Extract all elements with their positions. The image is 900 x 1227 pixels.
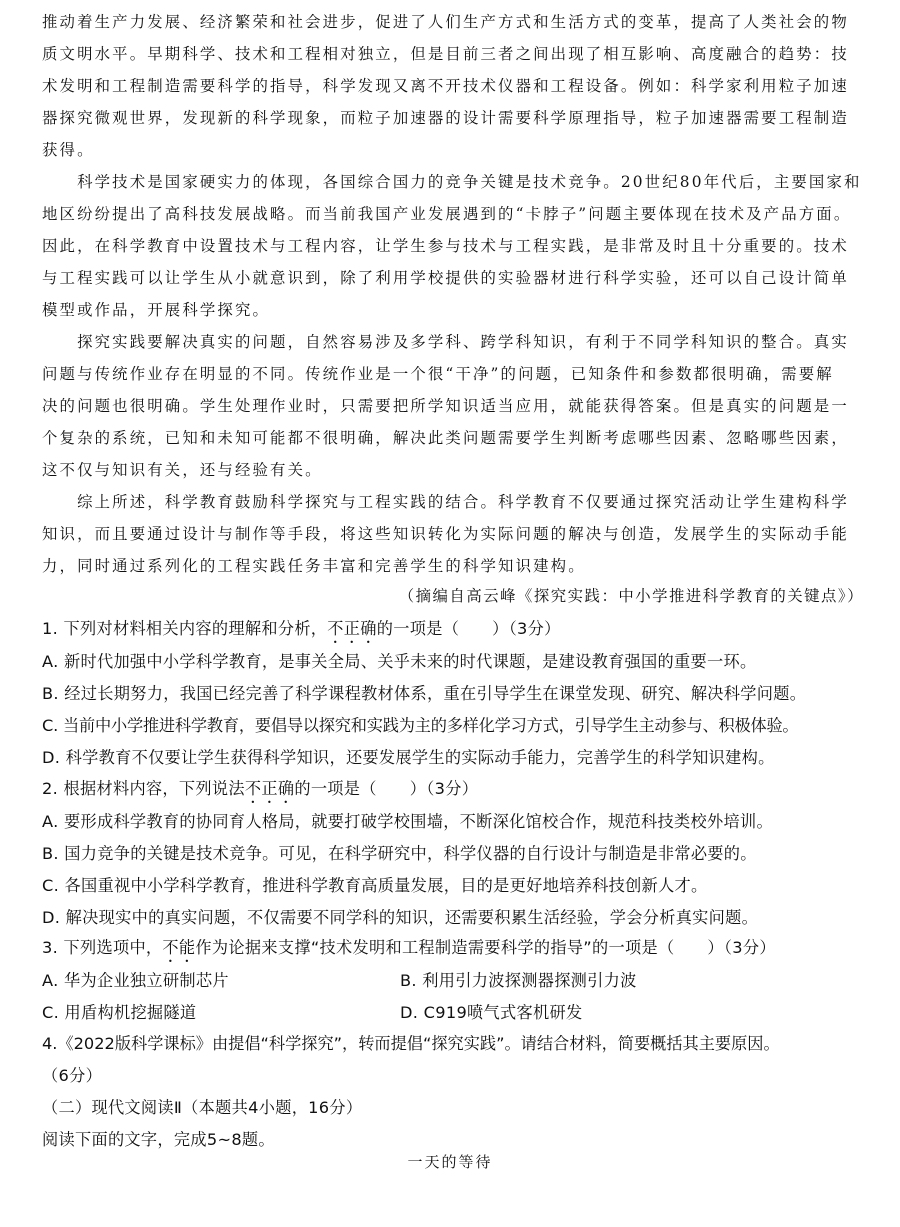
question-stem: 4.《2022版科学课标》由提倡“科学探究”，转而提倡“探究实践”。请结合材料，… — [42, 1030, 780, 1054]
passage-line: 质文明水平。早期科学、技术和工程相对独立，但是目前三者之间出现了相互影响、高度融… — [42, 42, 849, 64]
option-b: B. 利用引力波探测器探测引力波 — [400, 967, 637, 991]
section-instruction: 阅读下面的文字，完成5~8题。 — [42, 1126, 275, 1150]
option-c: C. 各国重视中小学科学教育，推进科学教育高质量发展，目的是更好地培养科技创新人… — [42, 872, 708, 896]
option-c: C. 当前中小学推进科学教育，要倡导以探究和实践为主的多样化学习方式，引导学生主… — [42, 712, 798, 736]
passage-line: 地区纷纷提出了高科技发展战略。而当前我国产业发展遇到的“卡脖子”问题主要体现在技… — [42, 202, 851, 224]
emphasis-text: 不正确 — [327, 619, 376, 638]
passage-line: 器探究微观世界，发现新的科学现象，而粒子加速器的设计需要科学原理指导，粒子加速器… — [42, 106, 849, 128]
passage-line: 推动着生产力发展、经济繁荣和社会进步，促进了人们生产方式和生活方式的变革，提高了… — [42, 10, 849, 32]
passage-line: 决的问题也很明确。学生处理作业时，只需要把所学知识适当应用，就能获得答案。但是真… — [42, 394, 849, 416]
article-title: 一天的等待 — [0, 1151, 900, 1172]
option-d: D. 解决现实中的真实问题，不仅需要不同学科的知识，还需要积累生活经验，学会分析… — [42, 904, 758, 928]
passage-line: 与工程实践可以让学生从小就意识到，除了利用学校提供的实验器材进行科学实验，还可以… — [42, 266, 849, 288]
option-c: C. 用盾构机挖掘隧道 — [42, 999, 196, 1023]
passage-line: 科学技术是国家硬实力的体现，各国综合国力的竞争关键是技术竞争。20世纪80年代后… — [42, 170, 862, 192]
option-a: A. 新时代加强中小学科学教育，是事关全局、关乎未来的时代课题，是建设教育强国的… — [42, 648, 756, 672]
emphasis-text: 不正确 — [245, 779, 294, 798]
passage-line: 问题与传统作业存在明显的不同。传统作业是一个很“干净”的问题，已知条件和参数都很… — [42, 362, 834, 384]
option-b: B. 国力竞争的关键是技术竞争。可见，在科学研究中，科学仪器的自行设计与制造是非… — [42, 840, 757, 864]
passage-line: 术发明和工程制造需要科学的指导，科学发现又离不开技术仪器和工程设备。例如：科学家… — [42, 74, 849, 96]
passage-line: 综上所述，科学教育鼓励科学探究与工程实践的结合。科学教育不仅要通过探究活动让学生… — [42, 490, 849, 512]
passage-line: 知识，而且要通过设计与制作等手段，将这些知识转化为实际问题的解决与创造，发展学生… — [42, 522, 849, 544]
option-a: A. 华为企业独立研制芯片 — [42, 967, 229, 991]
option-a: A. 要形成科学教育的协同育人格局，就要打破学校围墙，不断深化馆校合作，规范科技… — [42, 808, 773, 832]
passage-source: （摘编自高云峰《探究实践：中小学推进科学教育的关键点》） — [399, 584, 864, 606]
emphasis-text: 不能 — [162, 938, 195, 957]
question-stem: 3. 下列选项中，不能作为论据来支撑“技术发明和工程制造需要科学的指导”的一项是… — [42, 934, 776, 966]
exam-page: 推动着生产力发展、经济繁荣和社会进步，促进了人们生产方式和生活方式的变革，提高了… — [0, 0, 900, 1227]
passage-line: 这不仅与知识有关，还与经验有关。 — [42, 458, 323, 480]
option-b: B. 经过长期努力，我国已经完善了科学课程教材体系，重在引导学生在课堂发现、研究… — [42, 680, 806, 704]
passage-line: 因此，在科学教育中设置技术与工程内容，让学生参与技术与工程实践，是非常及时且十分… — [42, 234, 849, 256]
question-stem: 2. 根据材料内容，下列说法不正确的一项是（ ）（3分） — [42, 775, 478, 807]
passage-line: 获得。 — [42, 138, 95, 160]
passage-line: 模型或作品，开展科学探究。 — [42, 298, 270, 320]
passage-line: 力，同时通过系列化的工程实践任务丰富和完善学生的科学知识建构。 — [42, 554, 586, 576]
question-stem: 1. 下列对材料相关内容的理解和分析，不正确的一项是（ ）（3分） — [42, 615, 561, 647]
section-heading: （二）现代文阅读Ⅱ（本题共4小题，16分） — [42, 1094, 362, 1118]
passage-line: 个复杂的系统，已知和未知可能都不很明确，解决此类问题需要学生判断考虑哪些因素、忽… — [42, 426, 849, 448]
option-d: D. C919喷气式客机研发 — [400, 999, 582, 1023]
question-points: （6分） — [42, 1062, 102, 1086]
option-d: D. 科学教育不仅要让学生获得科学知识，还要发展学生的实际动手能力，完善学生的科… — [42, 744, 775, 768]
passage-line: 探究实践要解决真实的问题，自然容易涉及多学科、跨学科知识，有利于不同学科知识的整… — [42, 330, 849, 352]
